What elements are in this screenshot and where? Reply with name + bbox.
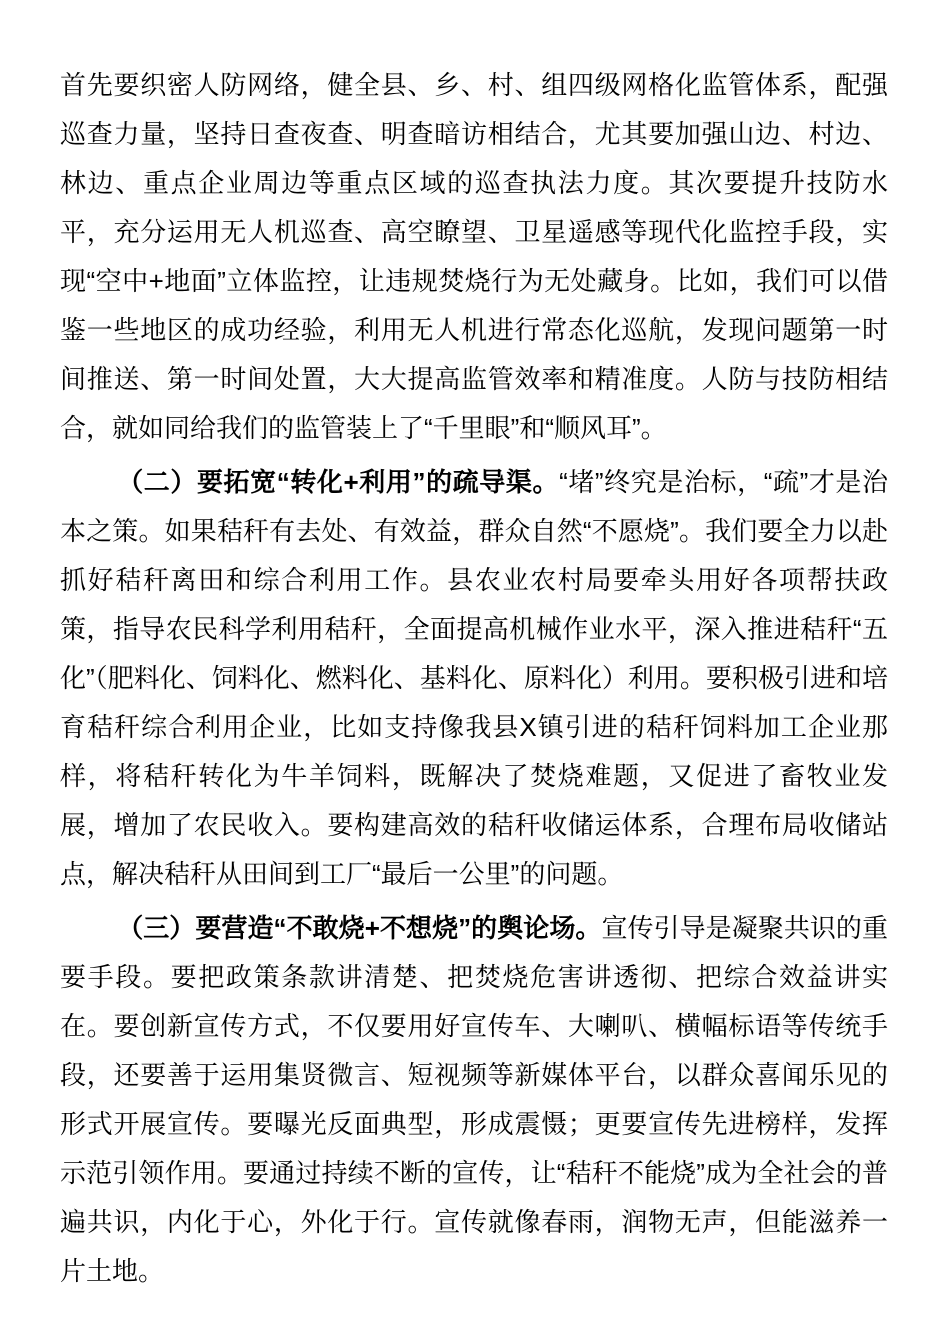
paragraph-section-3: （三）要营造“不敢烧+不想烧”的舆论场。宣传引导是凝聚共识的重要手段。要把政策条…	[60, 904, 888, 1296]
paragraph-continuation-text: 首先要织密人防网络，健全县、乡、村、组四级网格化监管体系，配强巡查力量，坚持日查…	[60, 70, 888, 443]
paragraph-continuation: 首先要织密人防网络，健全县、乡、村、组四级网格化监管体系，配强巡查力量，坚持日查…	[60, 61, 888, 453]
document-page: 首先要织密人防网络，健全县、乡、村、组四级网格化监管体系，配强巡查力量，坚持日查…	[0, 0, 950, 1344]
paragraph-section-2: （二）要拓宽“转化+利用”的疏导渠。“堵”终究是治标，“疏”才是治本之策。如果秸…	[60, 458, 888, 899]
section-3-heading: （三）要营造“不敢烧+不想烧”的舆论场。	[117, 913, 601, 943]
section-2-body-text: “堵”终究是治标，“疏”才是治本之策。如果秸秆有去处、有效益，群众自然“不愿烧”…	[60, 467, 888, 889]
section-3-body-text: 宣传引导是凝聚共识的重要手段。要把政策条款讲清楚、把焚烧危害讲透彻、把综合效益讲…	[60, 913, 888, 1286]
section-2-heading: （二）要拓宽“转化+利用”的疏导渠。	[117, 467, 559, 497]
